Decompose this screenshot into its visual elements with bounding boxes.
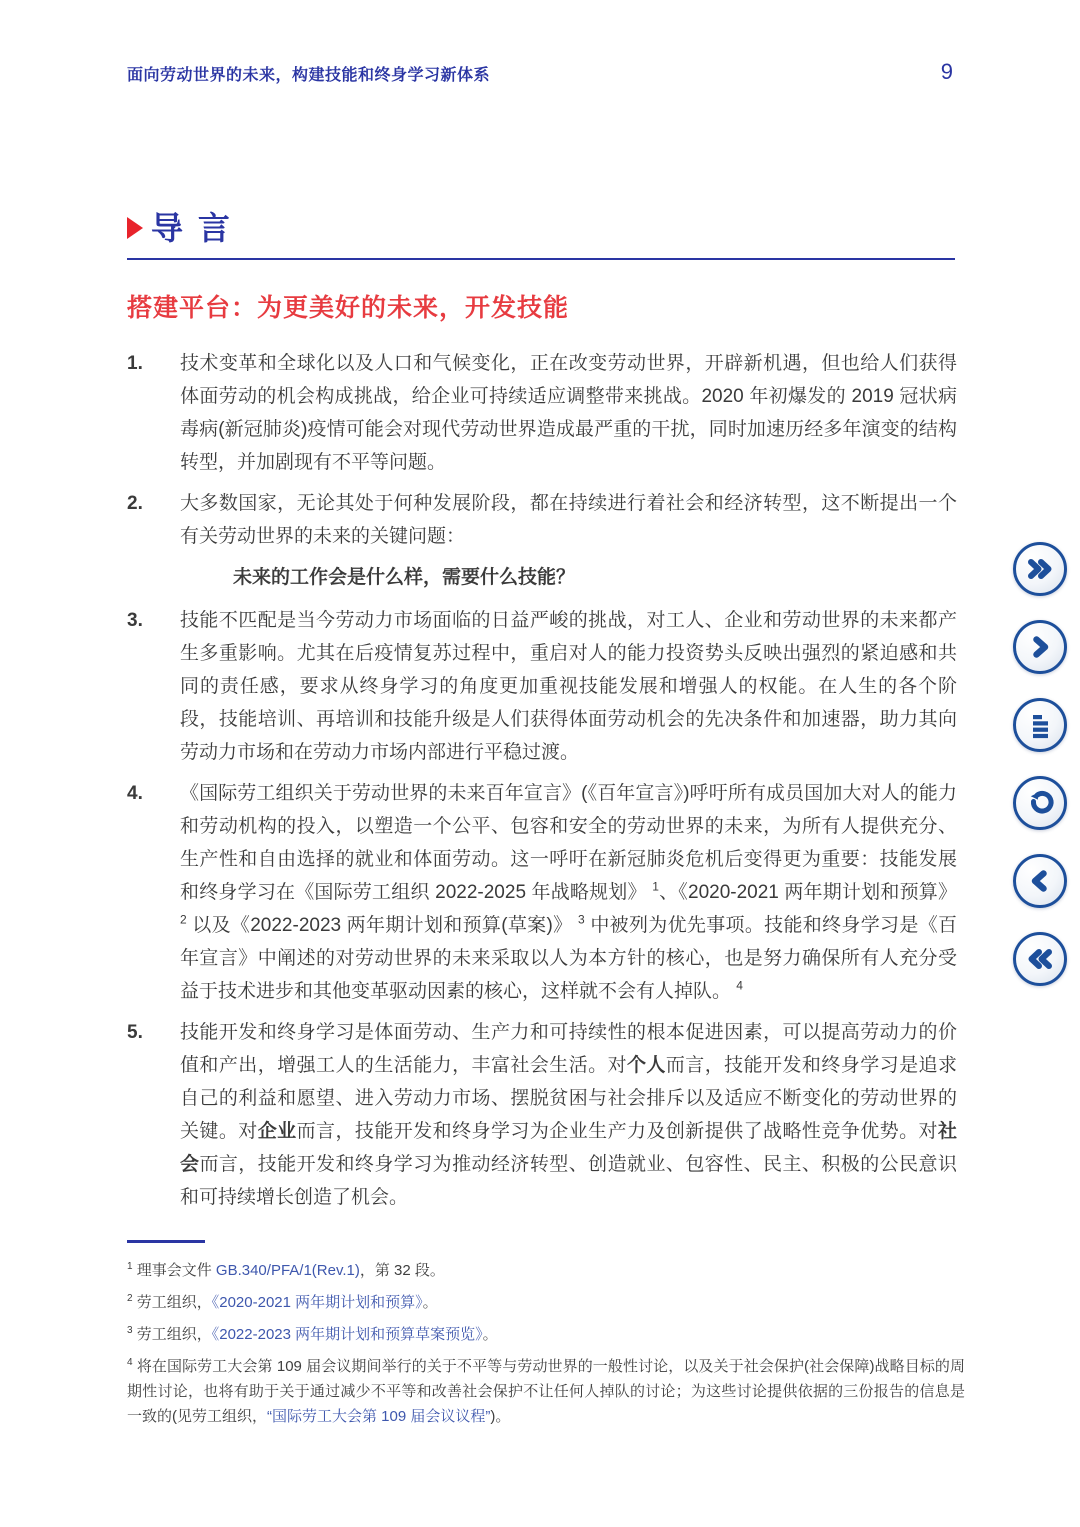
footnote-divider	[127, 1240, 205, 1243]
paragraph-text: 技能开发和终身学习是体面劳动、生产力和可持续性的根本促进因素，可以提高劳动力的价…	[180, 1016, 957, 1214]
footnote: 1 理事会文件 GB.340/PFA/1(Rev.1)，第 32 段。	[127, 1258, 965, 1283]
text-run: 以及《2022-2023 两年期计划和预算(草案)》	[187, 915, 578, 936]
section-subtitle: 搭建平台：为更美好的未来，开发技能	[127, 288, 569, 324]
text-run: 大多数国家，无论其处于何种发展阶段，都在持续进行着社会和经济转型，这不断提出一个…	[180, 493, 957, 547]
text-run: 而言，技能开发和终身学习为企业生产力及创新提供了战略性竞争优势。对	[297, 1121, 938, 1142]
text-run: 技能不匹配是当今劳动力市场面临的日益严峻的挑战，对工人、企业和劳动世界的未来都产…	[180, 610, 957, 763]
paragraph-number: 5.	[127, 1016, 180, 1214]
section-heading: 导 言	[127, 212, 233, 244]
paragraph: 3. 技能不匹配是当今劳动力市场面临的日益严峻的挑战，对工人、企业和劳动世界的未…	[127, 604, 957, 769]
chevron-left-icon	[1024, 865, 1056, 897]
section-title: 导 言	[151, 212, 233, 244]
superscript-ref: 2	[180, 913, 187, 927]
text-run: 、《2020-2021 两年期计划和预算》	[659, 882, 957, 903]
paragraph-number: 1.	[127, 347, 180, 479]
superscript-ref: 3	[578, 913, 585, 927]
page-header: 面向劳动世界的未来，构建技能和终身学习新体系 9	[127, 62, 953, 85]
running-header-title: 面向劳动世界的未来，构建技能和终身学习新体系	[127, 62, 490, 85]
list-icon	[1024, 709, 1056, 741]
text-link[interactable]: 《2020-2021 两年期计划和预算》	[212, 1294, 423, 1311]
text-run: ，第 32 段。	[360, 1262, 445, 1279]
footnote: 2 劳工组织，《2020-2021 两年期计划和预算》。	[127, 1290, 965, 1315]
page-number: 9	[941, 61, 953, 83]
text-run: 将在国际劳工大会第 109 届会议期间举行的关于不平等与劳动世界的一般性讨论，以…	[127, 1358, 965, 1425]
paragraph: 2. 大多数国家，无论其处于何种发展阶段，都在持续进行着社会和经济转型，这不断提…	[127, 487, 957, 553]
paragraph: 1. 技术变革和全球化以及人口和气候变化，正在改变劳动世界，开辟新机遇，但也给人…	[127, 347, 957, 479]
next-page-button[interactable]	[1013, 620, 1067, 674]
first-page-button[interactable]	[1013, 932, 1067, 986]
footnotes: 1 理事会文件 GB.340/PFA/1(Rev.1)，第 32 段。 2 劳工…	[127, 1240, 965, 1436]
paragraph-number: 3.	[127, 604, 180, 769]
text-run: 劳工组织，	[133, 1326, 212, 1343]
superscript-ref: 4	[736, 979, 743, 993]
reader-nav	[1013, 542, 1067, 986]
body-content: 1. 技术变革和全球化以及人口和气候变化，正在改变劳动世界，开辟新机遇，但也给人…	[127, 347, 957, 1222]
text-link[interactable]: “国际劳工大会第 109 届会议议程”	[267, 1408, 490, 1425]
table-of-contents-button[interactable]	[1013, 698, 1067, 752]
text-run: 。	[483, 1326, 498, 1343]
paragraph-text: 技能不匹配是当今劳动力市场面临的日益严峻的挑战，对工人、企业和劳动世界的未来都产…	[180, 604, 957, 769]
bold-text: 企业	[258, 1121, 297, 1142]
key-question: 未来的工作会是什么样，需要什么技能？	[233, 561, 957, 594]
superscript-ref: 1	[652, 880, 659, 894]
last-page-button[interactable]	[1013, 542, 1067, 596]
bold-text: 个人	[627, 1055, 666, 1076]
chevron-right-icon	[1024, 631, 1056, 663]
text-run: 。	[423, 1294, 438, 1311]
paragraph-number: 2.	[127, 487, 180, 553]
refresh-button[interactable]	[1013, 776, 1067, 830]
text-run: )。	[490, 1408, 510, 1425]
refresh-icon	[1024, 787, 1056, 819]
text-run: 技术变革和全球化以及人口和气候变化，正在改变劳动世界，开辟新机遇，但也给人们获得…	[180, 353, 957, 473]
previous-page-button[interactable]	[1013, 854, 1067, 908]
paragraph-text: 《国际劳工组织关于劳动世界的未来百年宣言》(《百年宣言》)呼吁所有成员国加大对人…	[180, 777, 957, 1008]
double-chevron-left-icon	[1024, 943, 1056, 975]
red-triangle-icon	[127, 217, 143, 239]
paragraph: 5. 技能开发和终身学习是体面劳动、生产力和可持续性的根本促进因素，可以提高劳动…	[127, 1016, 957, 1214]
text-link[interactable]: GB.340/PFA/1(Rev.1)	[216, 1262, 360, 1279]
footnote: 4 将在国际劳工大会第 109 届会议期间举行的关于不平等与劳动世界的一般性讨论…	[127, 1354, 965, 1429]
paragraph-text: 技术变革和全球化以及人口和气候变化，正在改变劳动世界，开辟新机遇，但也给人们获得…	[180, 347, 957, 479]
text-run: 劳工组织，	[133, 1294, 212, 1311]
paragraph: 4. 《国际劳工组织关于劳动世界的未来百年宣言》(《百年宣言》)呼吁所有成员国加…	[127, 777, 957, 1008]
paragraph-text: 大多数国家，无论其处于何种发展阶段，都在持续进行着社会和经济转型，这不断提出一个…	[180, 487, 957, 553]
text-run: 理事会文件	[133, 1262, 216, 1279]
text-run: 而言，技能开发和终身学习为推动经济转型、创造就业、包容性、民主、积极的公民意识和…	[180, 1154, 957, 1208]
paragraph-number: 4.	[127, 777, 180, 1008]
text-link[interactable]: 《2022-2023 两年期计划和预算草案预览》	[212, 1326, 483, 1343]
section-divider	[127, 258, 955, 260]
footnote: 3 劳工组织，《2022-2023 两年期计划和预算草案预览》。	[127, 1322, 965, 1347]
document-page: 面向劳动世界的未来，构建技能和终身学习新体系 9 导 言 搭建平台：为更美好的未…	[0, 0, 1080, 1527]
double-chevron-right-icon	[1024, 553, 1056, 585]
